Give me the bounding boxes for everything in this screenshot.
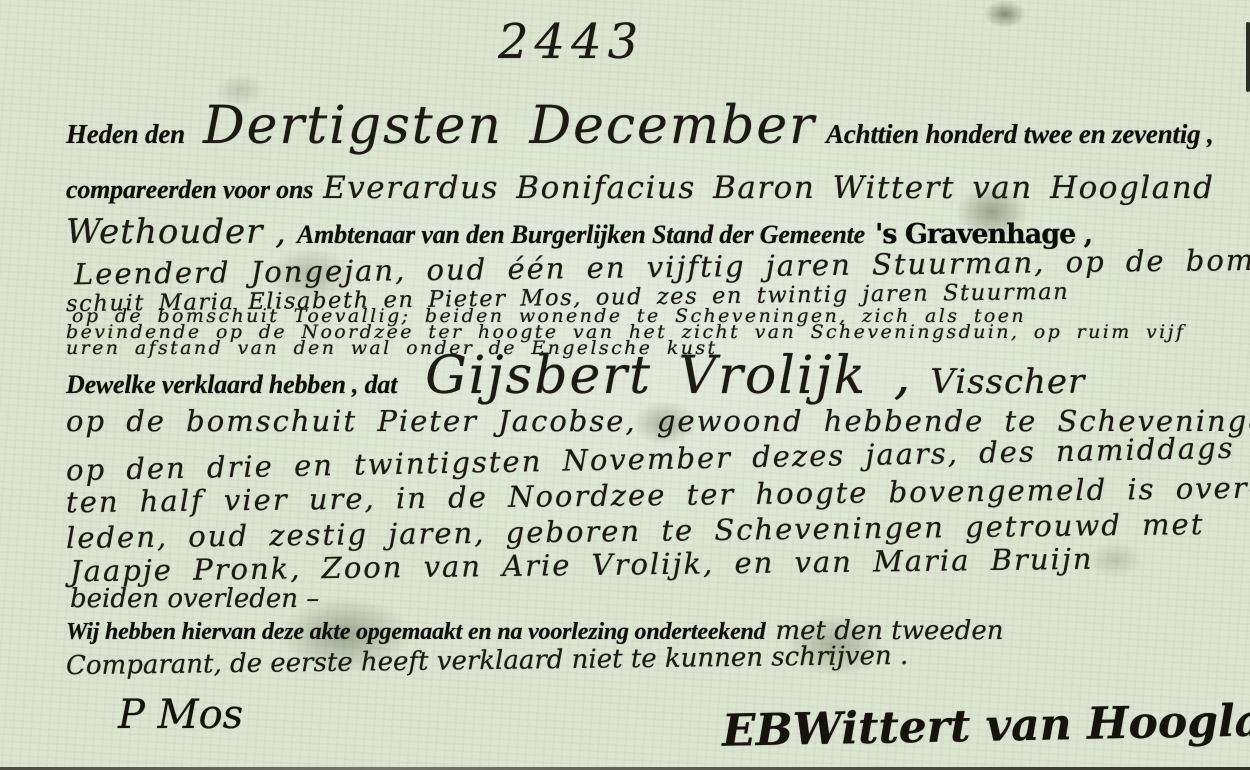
line-deceased-name: Dewelke verklaard hebben , dat Gijsbert … [66, 346, 1085, 406]
printed-heden-den: Heden den [66, 119, 185, 150]
signature-registrar-wittert: EBWittert van Hoogland [722, 694, 1250, 757]
printed-ambtenaar-title: Ambtenaar van den Burgerlijken Stand der… [297, 220, 865, 250]
handwritten-parents-deceased: beiden overleden – [70, 584, 319, 614]
printed-closing-formula: Wij hebben hiervan deze akte opgemaakt e… [66, 619, 765, 646]
handwritten-registrar-name: Everardus Bonifacius Baron Wittert van H… [323, 170, 1214, 206]
handwritten-cannot-write: Comparant, de eerste heeft verklaard nie… [66, 641, 908, 681]
handwritten-day-month: Dertigsten December [203, 96, 816, 156]
signature-text-left: P Mos [118, 692, 243, 738]
certificate-number: 2443 [498, 14, 644, 70]
scan-edge-artifact [1246, 22, 1250, 92]
handwritten-deceased-name: Gijsbert Vrolijk , [425, 346, 912, 406]
signature-witness-p-mos: P Mos [118, 692, 243, 738]
handwritten-wethouder: Wethouder , [66, 212, 287, 252]
printed-dewelke-verklaard: Dewelke verklaard hebben , dat [66, 370, 397, 400]
signature-text-right: EBWittert van Hoogland [722, 694, 1250, 757]
line-parents-deceased: beiden overleden – [70, 584, 319, 614]
line-closing-2: Comparant, de eerste heeft verklaard nie… [66, 641, 908, 681]
handwritten-deceased-occupation: Visscher [930, 362, 1085, 402]
certificate-number-text: 2443 [498, 14, 644, 70]
death-certificate-scan: 2443 Heden den Dertigsten December Achtt… [0, 0, 1250, 770]
line-registrar-name: compareerden voor ons Everardus Bonifaci… [66, 170, 1215, 206]
printed-compareerden: compareerden voor ons [66, 175, 313, 205]
line-opening-date: Heden den Dertigsten December Achttien h… [66, 96, 1214, 156]
printed-year: Achttien honderd twee en zeventig , [826, 119, 1214, 150]
